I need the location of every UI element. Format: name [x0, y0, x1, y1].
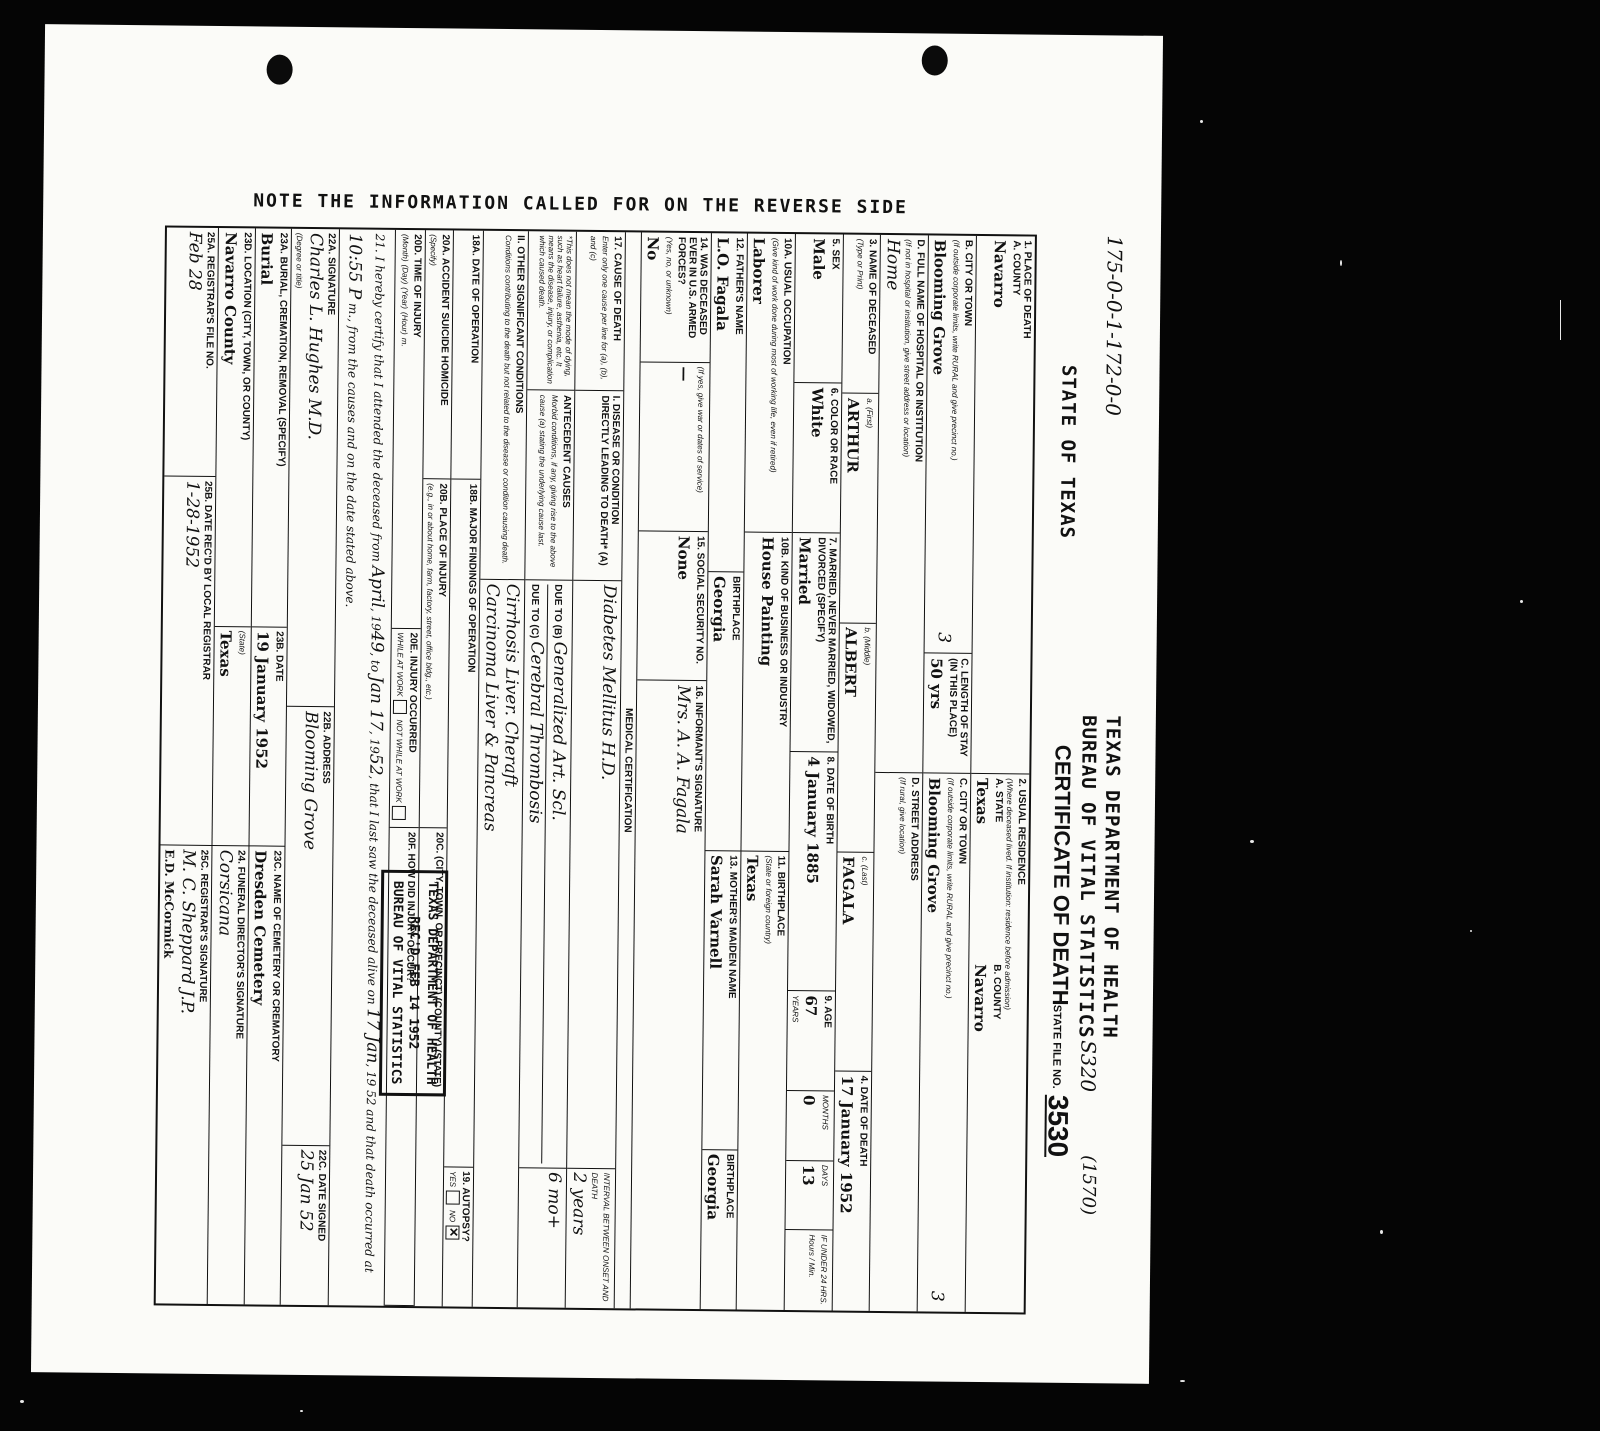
middle-name-label: b. (Middle) [862, 627, 871, 665]
injury-type-note: (Specify) [429, 234, 438, 266]
registrar-file-no: Feb 28 [182, 232, 205, 472]
ur-city-note: (If outside corporate limits, write RURA… [944, 778, 955, 999]
to-year-prefix: 19 [367, 738, 381, 753]
last-name: FAGALA [837, 856, 857, 1066]
autopsy-yes-checkbox[interactable] [446, 1190, 460, 1204]
attended-to: Jan 17 [366, 676, 387, 731]
ssn-label: 15. SOCIAL SECURITY NO. [693, 536, 705, 677]
autopsy-yes-label: YES [448, 1171, 457, 1187]
age-label: 9. AGE [821, 995, 833, 1086]
punch-hole [922, 45, 948, 75]
mother-name: Sarah Varnell [704, 855, 725, 1145]
last-seen-date: 17 Jan [362, 1008, 383, 1063]
age-days: 13 [799, 1165, 818, 1226]
date-of-death: 17 January 1952 [836, 1075, 856, 1306]
dob-label: 8. DATE OF BIRTH [822, 756, 835, 986]
birthplace: Texas [739, 855, 762, 1305]
death-certificate-form: 175-0-0-1-172-0-0 TEXAS DEPARTMENT OF HE… [62, 224, 1133, 1315]
other-conditions-note: Conditions contributing to the death but… [500, 235, 512, 564]
burial-location: Navarro County [218, 232, 240, 622]
cause-label: 17. CAUSE OF DEATH [610, 236, 623, 387]
age-days-label: DAYS [820, 1165, 829, 1186]
disposition-method: Burial [254, 232, 276, 622]
certificate-title: CERTIFICATE OF DEATH [1047, 745, 1076, 1006]
ssn: None [673, 536, 692, 677]
received-stamp: TEXAS DEPARTMENT OF HEALTH REC'D FEB 14 … [379, 870, 448, 1096]
date-signed-label: 22c. DATE SIGNED [315, 1150, 328, 1302]
ur-state-label: a. STATE [993, 778, 1004, 824]
cemetery-name: Dresden Cemetery [247, 850, 270, 1300]
due-to-c: Cerebral Thrombosis [525, 641, 547, 823]
ur-state: Texas [973, 778, 991, 824]
from-year-prefix: 19 [369, 615, 383, 630]
father-birthplace: Georgia [708, 576, 729, 846]
state-title: STATE OF TEXAS [1056, 365, 1080, 539]
stamp-line-3: BUREAU OF VITAL STATISTICS [386, 881, 406, 1085]
stamp-line-2: REC'D FEB 14 1952 [404, 881, 424, 1085]
injury-type-label: 20a. ACCIDENT SUICIDE HOMICIDE [437, 234, 451, 474]
date-of-birth: 4 January 1885 [802, 756, 822, 986]
injury-time-label: 20d. TIME OF INJURY [408, 234, 423, 624]
pod-stay-label: c. LENGTH OF STAY (in this place) [946, 658, 969, 769]
injury-day: (Day) [400, 265, 409, 285]
immediate-cause-label: I. DISEASE OR CONDITION DIRECTLY LEADING… [597, 395, 621, 576]
ur-county-label: b. COUNTY [991, 964, 1003, 1032]
injury-occurred-label: 20e. INJURY OCCURRED [406, 633, 419, 823]
last-seen-year: 19 52 [364, 1071, 378, 1106]
armed-forces-war: — [674, 366, 694, 527]
age-years: 67 [801, 995, 820, 1086]
location-label: 23d. LOCATION (City, town, or county) [238, 232, 253, 622]
armed-forces: No [643, 236, 662, 357]
stamp-line-1: TEXAS DEPARTMENT OF HEALTH [421, 881, 441, 1085]
ur-county: Navarro [971, 964, 990, 1032]
due-to-b-label: DUE TO (b) [552, 584, 564, 638]
mother-birthplace: Georgia [703, 1154, 723, 1306]
name-note: (Type or Print) [855, 239, 865, 290]
cert-text-4: m., from the causes and on the date stat… [343, 303, 360, 607]
pod-hospital-note: (If not in hospital or institution, give… [902, 239, 913, 457]
autopsy-no-checkbox[interactable]: ✕ [445, 1225, 459, 1239]
mother-label: 13. MOTHER'S MAIDEN NAME [724, 855, 738, 1145]
autopsy-no-label: NO [448, 1210, 457, 1222]
not-while-at-work-label: NOT WHILE AT WORK [394, 719, 404, 802]
industry: House Painting [756, 537, 777, 847]
injury-month: (Month) [401, 234, 410, 262]
sex-label: 5. SEX [828, 238, 840, 379]
first-name: ARTHUR [842, 398, 862, 618]
injury-place-note: (e.g., in or about home, farm, factory, … [424, 483, 435, 699]
birthplace-note: (State or foreign country) [763, 855, 773, 944]
autopsy-label: 19. AUTOPSY? [459, 1171, 471, 1303]
handwritten-code: S320 [1076, 1040, 1101, 1092]
form-grid: 1. PLACE OF DEATH a. COUNTY Navarro 2. U… [154, 225, 1037, 1314]
ur-street-note: (If rural, give location) [897, 777, 907, 854]
age-months-label: MONTHS [821, 1095, 830, 1130]
injury-hour: (Hour) [400, 312, 409, 335]
while-at-work-checkbox[interactable] [393, 699, 407, 713]
antecedent-label: ANTECEDENT CAUSES [559, 395, 572, 575]
middle-name: ALBERT [840, 627, 860, 847]
father-name: L.O. Fagala [710, 237, 731, 567]
interval-a: 2 years [568, 1172, 589, 1304]
last-name-label: c. (Last) [860, 856, 869, 885]
state-file-number: 3530 [1041, 1095, 1074, 1158]
reverse-side-note: NOTE THE INFORMATION CALLED FOR ON THE R… [253, 190, 908, 218]
occupation: Laborer [747, 238, 768, 528]
immediate-cause: Diabetes Mellitus H.D. [593, 585, 619, 1164]
cert-text-3: and that death occurred at [362, 1109, 378, 1273]
cert-text-2: that I last saw the deceased alive on [365, 783, 381, 1005]
cemetery-label: 23c. NAME OF CEMETERY OR CREMATORY [267, 850, 283, 1300]
mother-birthplace-label: BIRTHPLACE [723, 1154, 736, 1306]
attended-from: April [367, 566, 387, 608]
name-label: 3. NAME OF DECEASED [865, 239, 878, 390]
ur-precinct: 3 [927, 1291, 947, 1302]
armed-forces-war-note: (If yes, give war or dates of service) [695, 367, 705, 493]
date-of-death-label: 4. DATE OF DEATH [856, 1076, 869, 1307]
other-conditions-label: II. OTHER SIGNIFICANT CONDITIONS [511, 235, 526, 575]
location-state-label: (State) [237, 631, 246, 655]
pod-city-note: (If outside corporate limits, write RURA… [950, 240, 961, 461]
disposition-date-label: 23b. DATE [272, 631, 285, 841]
cause-disclaimer: *This does not mean the mode of dying, s… [527, 231, 576, 391]
father-label: 12. FATHER'S NAME [730, 237, 744, 567]
handwritten-number: (1570) [1078, 1155, 1100, 1215]
date-received: 1-28-1952 [179, 481, 203, 841]
time-of-death: 10:55 P [345, 233, 366, 299]
sex: Male [808, 238, 827, 379]
attended-from-year: 49 [367, 631, 387, 653]
age-under24-label: IF UNDER 24 HRS. Hours / Min. [807, 1235, 828, 1305]
disposition-method-label: 23a. BURIAL, CREMATION, REMOVAL (Specify… [274, 233, 289, 623]
occupation-note: (Give kind of work done during most of w… [768, 238, 779, 473]
due-to-b: Generalized Art. Scl. [548, 642, 570, 821]
disposition-date: 19 January 1952 [252, 631, 272, 841]
pod-hospital: Home [877, 239, 903, 768]
interval-label: INTERVAL BETWEEN ONSET AND DEATH [590, 1172, 611, 1301]
first-name-label: a. (First) [865, 398, 874, 428]
degree-label: (Degree or title) [294, 233, 304, 289]
to-label: to [368, 660, 382, 672]
armed-forces-label: 14. WAS DECEASED EVER IN U.S. ARMED FORC… [675, 237, 709, 358]
pod-precinct: 3 [934, 632, 954, 643]
attended-to-year: 52 [365, 754, 385, 776]
cause-note: Enter only one cause per line for (a), (… [589, 236, 610, 380]
injury-year: (Year) [400, 287, 409, 309]
marital-status: Married [794, 537, 814, 747]
pod-city-label: b. CITY OR TOWN [959, 240, 974, 650]
while-at-work-label: WHILE AT WORK [395, 632, 405, 696]
bureau-title: BUREAU OF VITAL STATISTICS [1075, 715, 1100, 1039]
marital-label: 7. MARRIED, NEVER MARRIED, WIDOWED, DIVO… [814, 537, 838, 747]
birthplace-label: 11. BIRTHPLACE [771, 856, 787, 1306]
usual-residence-note: (Where deceased lived. If institution: r… [1003, 778, 1014, 1010]
certificate-paper: NOTE THE INFORMATION CALLED FOR ON THE R… [31, 24, 1163, 1384]
armed-forces-note: (Yes, no, or unknown) [664, 237, 674, 315]
race: White [807, 388, 826, 529]
age-months: 0 [799, 1095, 818, 1156]
operation-date-label: 18a. DATE OF OPERATION [467, 235, 481, 475]
state-file-label: STATE FILE NO. [1050, 1005, 1063, 1089]
antecedent-note: Morbid conditions, if any, giving rise t… [537, 395, 560, 568]
father-birthplace-label: BIRTHPLACE [728, 576, 742, 846]
department-title: TEXAS DEPARTMENT OF HEALTH [1099, 715, 1124, 1039]
age-years-label: YEARS [791, 995, 800, 1022]
race-label: 6. COLOR OR RACE [827, 388, 839, 529]
injury-place-label: 20b. PLACE OF INJURY [434, 483, 449, 823]
ur-city: Blooming Grove [920, 777, 944, 1307]
injury-m: m. [400, 338, 409, 347]
punch-hole [266, 55, 292, 85]
pod-stay: 50 yrs [926, 658, 945, 769]
pod-city: Blooming Grove [927, 239, 949, 649]
burial-state: Texas [215, 631, 235, 841]
not-while-at-work-checkbox[interactable] [392, 806, 406, 820]
due-to-c-label: DUE TO (c) [529, 584, 541, 638]
handwritten-reference: 175-0-0-1-172-0-0 [1101, 235, 1127, 416]
cert-text-1: 21. I hereby certify that I attended the… [369, 234, 386, 562]
physician-certification: 21. I hereby certify that I attended the… [329, 229, 395, 1306]
date-signed: 25 Jan 52 [295, 1149, 317, 1301]
occupation-label: 10a. USUAL OCCUPATION [779, 238, 793, 528]
industry-label: 10b. KIND OF BUSINESS OR INDUSTRY [776, 537, 790, 847]
interval-c: 6 mo+ [543, 1172, 564, 1304]
